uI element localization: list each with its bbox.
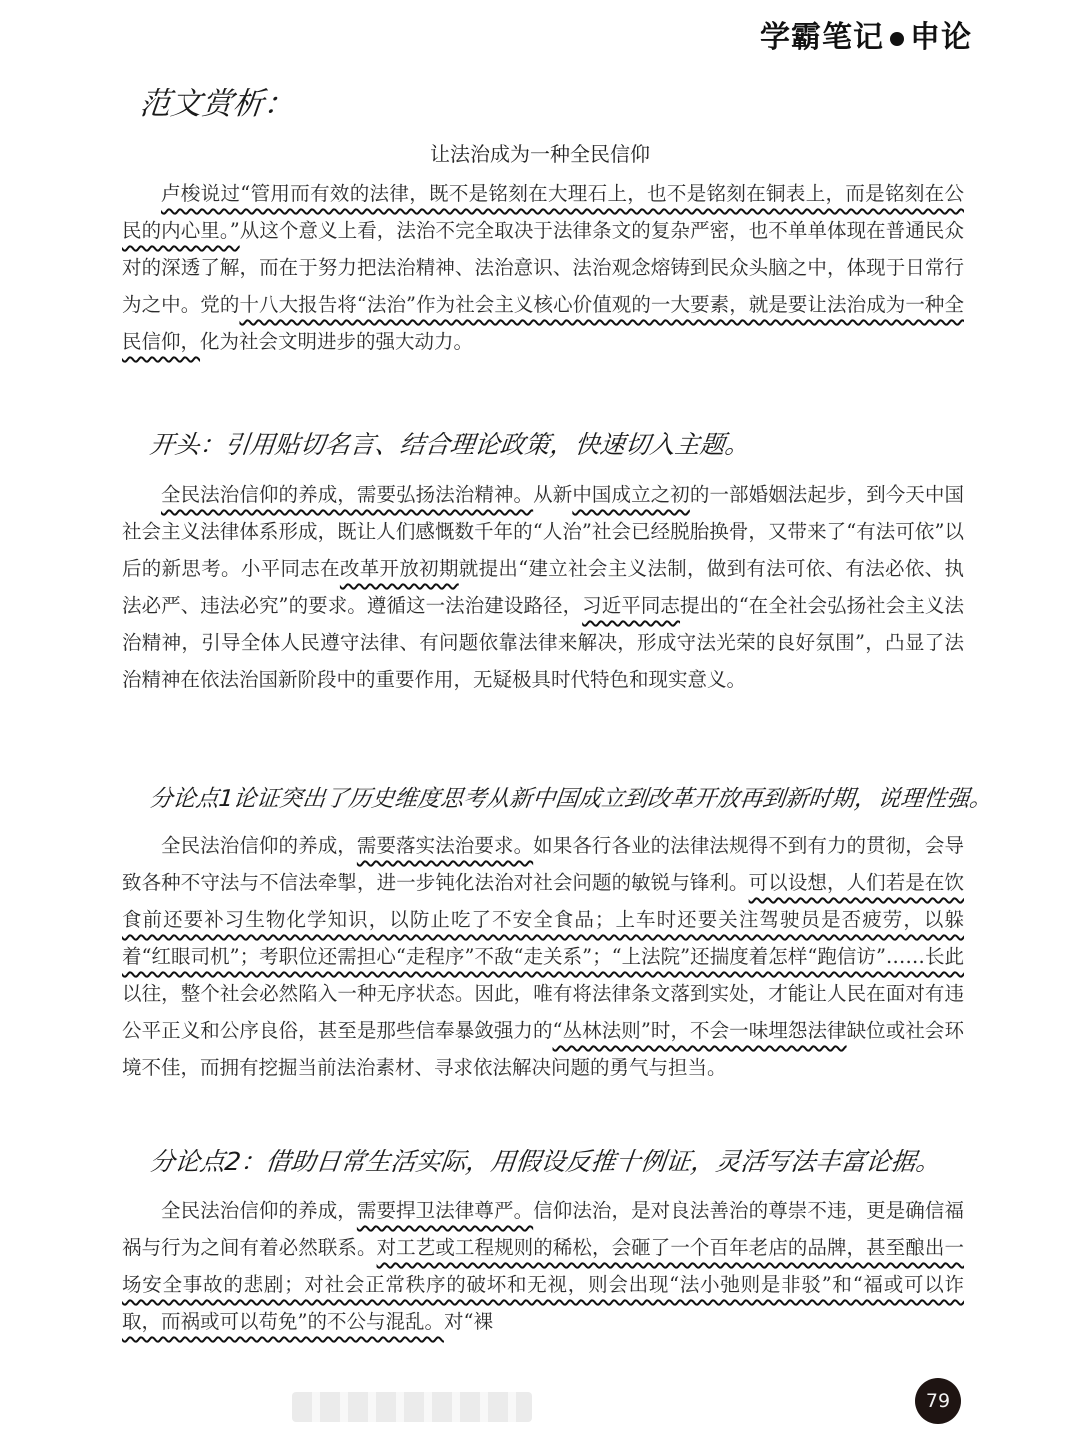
paragraph-text: 全民法治信仰的养成，需要弘扬法治精神。从新中国成立之初的一部婚姻法起步，到今天中… [122,476,964,698]
section-label: 范文赏析： [138,78,298,123]
paragraph-4: 全民法治信仰的养成，需要捍卫法律尊严。信仰法治，是对良法善治的尊崇不违，更是确信… [122,1192,964,1340]
essay-title: 让法治成为一种全民信仰 [0,138,1080,167]
underlined-text: “丛林法则”时，不会一味埋怨法律 [553,1019,847,1042]
text-segment: 对“裸 [444,1310,493,1333]
paragraph-3: 全民法治信仰的养成，需要落实法治要求。如果各行各业的法律法规得不到有力的贯彻，会… [122,827,964,1086]
header-brand: 学霸笔记申论 [760,12,972,56]
underlined-text: 改革开放初期 [340,557,459,580]
brand-left: 学霸笔记 [760,20,884,55]
watermark [292,1392,532,1422]
paragraph-1: 卢梭说过“管用而有效的法律，既不是铭刻在大理石上，也不是铭刻在铜表上，而是铭刻在… [122,175,964,360]
text-segment: 全民法治信仰的养成， [161,1199,357,1222]
underlined-text: 需要落实法治要求。 [357,834,533,857]
paragraph-text: 全民法治信仰的养成，需要落实法治要求。如果各行各业的法律法规得不到有力的贯彻，会… [122,827,964,1086]
paragraph-text: 全民法治信仰的养成，需要捍卫法律尊严。信仰法治，是对良法善治的尊崇不违，更是确信… [122,1192,964,1340]
text-segment: 全民法治信仰的养成， [161,834,357,857]
paragraph-2: 全民法治信仰的养成，需要弘扬法治精神。从新中国成立之初的一部婚姻法起步，到今天中… [122,476,964,698]
underlined-text: 习近平同志 [582,594,680,617]
brand-right: 申论 [910,20,972,55]
handwritten-note-1: 开头：引用贴切名言、结合理论政策，快速切入主题。 [148,425,752,461]
paragraph-text: 卢梭说过“管用而有效的法律，既不是铭刻在大理石上，也不是铭刻在铜表上，而是铭刻在… [122,175,964,360]
underlined-text: 需要捍卫法律尊严。 [357,1199,533,1222]
handwritten-note-2: 分论点1论证突出了历史维度思考从新中国成立到改革开放再到新时期，说理性强。 [148,780,994,813]
bullet-dot-icon [890,32,904,46]
handwritten-note-3: 分论点2：借助日常生活实际，用假设反推十例证，灵活写法丰富论据。 [148,1142,943,1178]
underlined-text: 全民法治信仰的养成，需要弘扬法治精神。 [161,483,533,506]
page-number: 79 [915,1378,961,1424]
text-segment: 从新 [533,483,572,506]
underlined-text: 中国成立之初 [572,483,690,506]
text-segment: 化为社会文明进步的强大动力。 [200,330,473,353]
